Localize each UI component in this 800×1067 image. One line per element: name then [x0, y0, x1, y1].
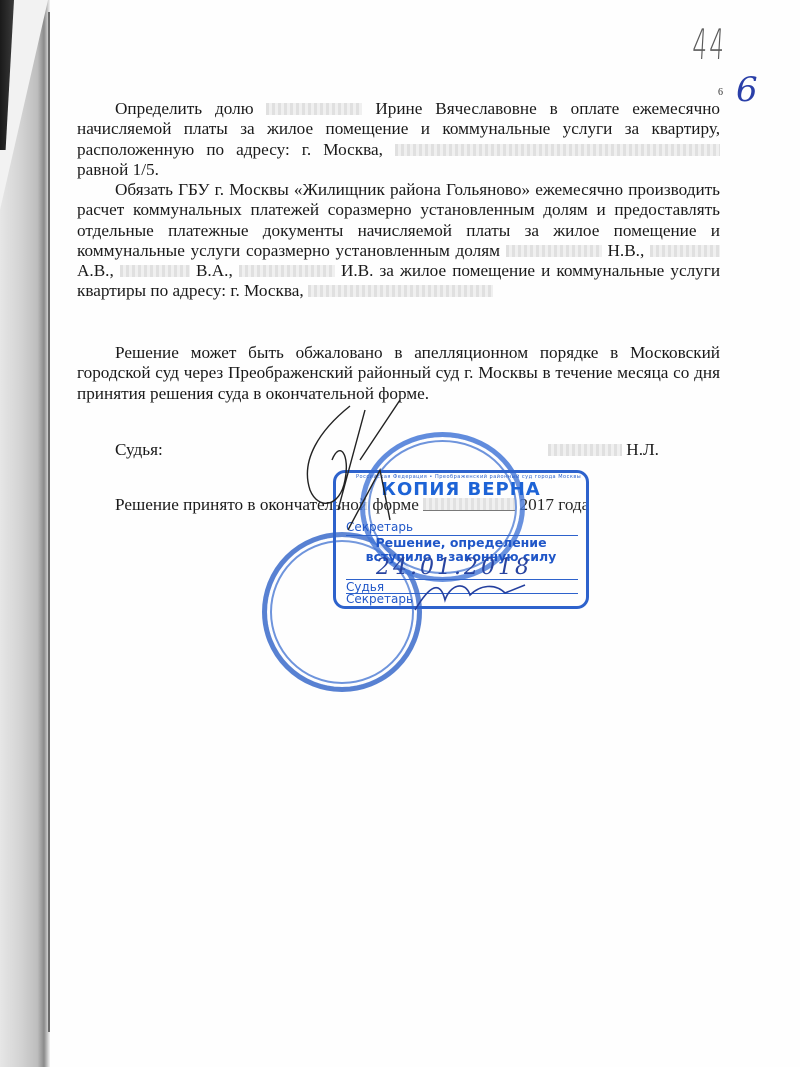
paragraph-share: Определить долю Ирине Вячеславовне в опл…: [77, 99, 720, 180]
initials-2: А.В.,: [77, 261, 114, 280]
document-page: 44 6 6 Определить долю Ирине Вячеславовн…: [0, 0, 800, 1067]
p1-lead: Определить долю: [115, 99, 254, 118]
p1-tail: равной 1/5.: [77, 160, 159, 179]
judge-signature-icon: [290, 400, 450, 540]
redacted-name-4: [239, 265, 335, 277]
secretary-signature-icon: [410, 575, 530, 615]
redacted-address: [395, 144, 720, 156]
redacted-surname: [266, 103, 362, 115]
paragraph-appeal: Решение может быть обжаловано в апелляци…: [77, 343, 720, 404]
p3-body: Решение может быть обжаловано в апелляци…: [77, 343, 720, 403]
redacted-name-1: [506, 245, 602, 257]
initials-4: И.В.: [341, 261, 373, 280]
redacted-name-2: [650, 245, 720, 257]
judge-initials: Н.Л.: [626, 440, 659, 459]
redacted-judge-surname: [548, 444, 622, 456]
printed-page-number: 6: [718, 87, 723, 98]
paragraph-obligation: Обязать ГБУ г. Москвы «Жилищник района Г…: [77, 180, 720, 302]
handwritten-page-mark: 6: [736, 70, 758, 110]
initials-1: Н.В.,: [608, 241, 645, 260]
judge-label: Судья:: [115, 440, 163, 460]
stamp-secretary-label-2: Секретарь: [346, 592, 413, 606]
initials-3: В.А.,: [196, 261, 233, 280]
redacted-name-3: [120, 265, 190, 277]
judge-signature-block: Н.Л.: [548, 440, 659, 460]
redacted-address-2: [308, 285, 493, 297]
binding-edge: [48, 12, 50, 1032]
handwritten-sheet-number: 44: [691, 20, 728, 69]
